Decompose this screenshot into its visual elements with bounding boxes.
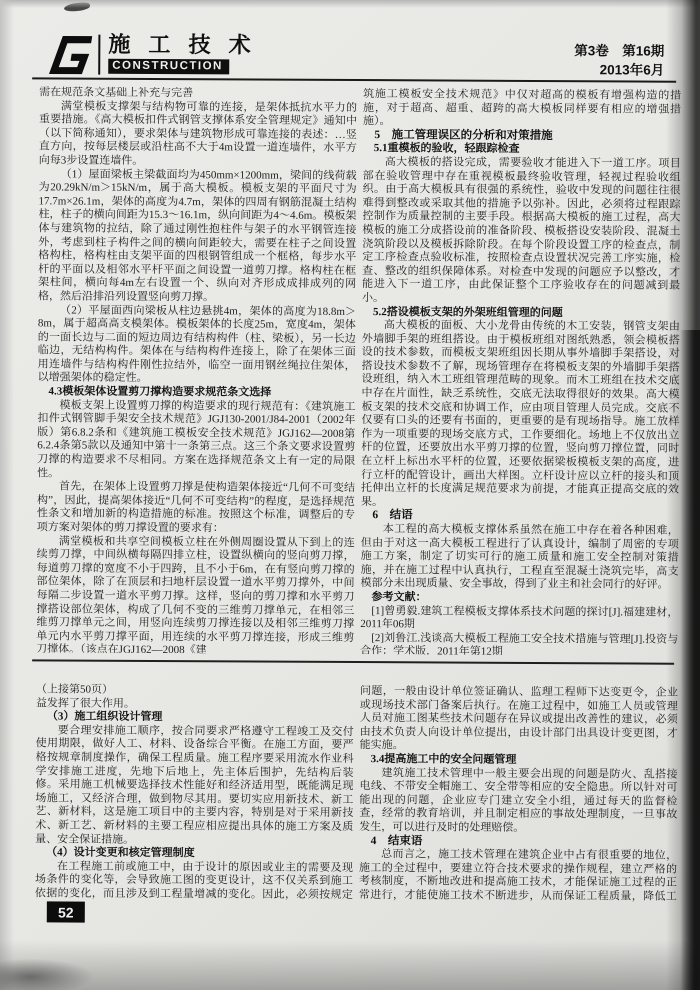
paragraph: 满堂模板支撑架与结构物可靠的连接，是架体抵抗水平力的重要措施。《高大模板扣件式钢… xyxy=(39,100,357,170)
masthead-title-block: 施 工 技 术 CONSTRUCTION xyxy=(108,33,257,75)
reference-item: [1]曾勇毅.建筑工程模板支撑体系技术问题的探讨[J].福建建材，2011年06… xyxy=(360,605,678,634)
scan-shadow-blotch xyxy=(0,930,170,990)
paragraph: 需在规范条文基础上补充与完善 xyxy=(39,86,357,101)
issue-info: 第3卷 第16期 2013年6月 xyxy=(574,41,664,79)
section-subheading: （4）设计变更和核定管理制度 xyxy=(35,846,353,861)
paragraph: 要合理安排施工顺序，按合同要求严格遵守工程竣工及交付使用期限，做好人工、材料、设… xyxy=(35,724,354,848)
paragraph: （2）平屋面西向梁板从柱边悬挑4m，架体的高度为18.8m＞8m，属于超高高支模… xyxy=(38,304,356,387)
section-subheading: （3）施工组织设计管理 xyxy=(36,711,354,726)
article2-right-column: 问题，一般由设计单位签证确认、监理工程师下达变更令，企业或现场技术部门备案后执行… xyxy=(359,685,678,903)
reference-item: [2]刘鲁江.浅谈高大模板工程施工安全技术措施与管理[J].投资与合作：学术版，… xyxy=(360,632,678,656)
issue-date: 2013年6月 xyxy=(574,60,664,79)
paragraph: 筑施工模板安全技术规范》中仅对超高的模板有增强构造的措施，对于超高、超重、超跨的… xyxy=(363,88,681,130)
paragraph: 满堂模板和共享空间模板立柱在外侧周圈设置从下到上的连续剪刀撑，中间纵横每隔四排立… xyxy=(36,535,355,654)
article2-left-column: （上接第50页） 益发挥了很大作用。 （3）施工组织设计管理 要合理安排施工顺序… xyxy=(35,683,354,901)
references-heading: 参考文献： xyxy=(360,591,678,606)
paragraph: 本工程的高大模板支撑体系虽然在施工中存在着各种困难，但由于对这一高大模板工程进行… xyxy=(360,523,678,593)
journal-title-en: CONSTRUCTION xyxy=(108,59,229,75)
journal-title: 施 工 技 术 xyxy=(108,33,256,58)
paragraph: 首先，在架体上设置剪刀撑是使构造架体接近“几何不可变结构”，因此，提高架体接近“… xyxy=(37,481,355,537)
paragraph: 问题，一般由设计单位签证确认、监理工程师下达变更令，企业或现场技术部门备案后执行… xyxy=(360,685,678,755)
page-content: 施 工 技 术 CONSTRUCTION 第3卷 第16期 2013年6月 需在… xyxy=(0,0,700,990)
issue-volume: 第3卷 第16期 xyxy=(574,41,664,60)
paragraph: （1）屋面梁板主梁截面均为450mm×1200mm，梁间的线荷载为20.29kN… xyxy=(38,168,357,306)
journal-logo-icon xyxy=(46,34,92,76)
article1-left-column: 需在规范条文基础上补充与完善 满堂模板支撑架与结构物可靠的连接，是架体抵抗水平力… xyxy=(36,86,357,654)
masthead: 施 工 技 术 CONSTRUCTION xyxy=(46,32,257,77)
page-number-badge: 52 xyxy=(47,901,85,922)
paragraph: 建筑施工技术管理中一般主要会出现的问题是防火、乱搭接电线、不带安全帽施工、安全带… xyxy=(359,767,677,837)
paragraph: 高大模板的面板、大小龙骨由传统的木工安装，钢管支架由外墙脚手架的班组搭设。由于模… xyxy=(361,319,680,511)
scan-shadow-top xyxy=(0,0,700,8)
scan-shadow-right-dark xyxy=(680,330,700,990)
scanned-journal-page: 施 工 技 术 CONSTRUCTION 第3卷 第16期 2013年6月 需在… xyxy=(0,0,700,990)
article1-right-column: 筑施工模板安全技术规范》中仅对超高的模板有增强构造的措施，对于超高、超重、超跨的… xyxy=(360,88,681,656)
logo-divider xyxy=(98,35,100,75)
article-divider-rule xyxy=(32,659,674,664)
paragraph: 在工程施工前或施工中，由于设计的原因或业主的需要及现场条件的变化等，会导致施工图… xyxy=(35,860,353,901)
paragraph: 模板支架上设置剪刀撑的构造要求的现行规范有：《建筑施工扣件式钢管脚手架安全技术规… xyxy=(37,399,355,482)
paragraph: 总而言之，施工技术管理在建筑企业中占有很重要的地位，施工的全过程中，要建立符合技… xyxy=(359,848,677,903)
continued-from-note: （上接第50页） xyxy=(36,683,354,698)
section-subheading: 4.3模板架体设置剪刀撑构造要求规范条文选择 xyxy=(37,385,355,400)
section-subheading: 3.4提高施工中的安全问题管理 xyxy=(360,753,678,768)
paragraph: 高大模板的搭设完成，需要验收才能进入下一道工序。项目部在验收管理中存在重视模板最… xyxy=(362,156,681,307)
scan-shadow-left xyxy=(0,0,14,990)
